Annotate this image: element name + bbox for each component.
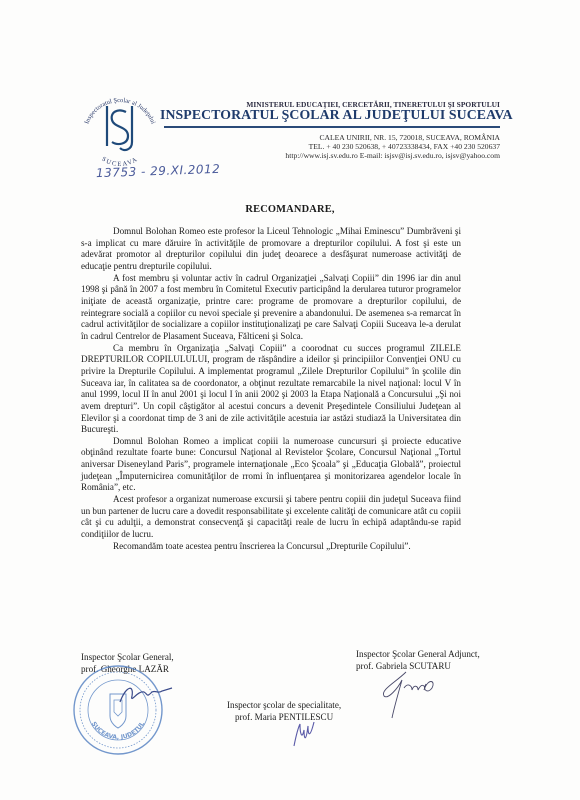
web-email-line: http://www.isj.sv.edu.ro E-mail: isjsv@i… bbox=[200, 151, 500, 160]
institution-name: INSPECTORATUL ŞCOLAR AL JUDEŢULUI SUCEAV… bbox=[160, 107, 500, 123]
signer-role: Inspector Şcolar General, bbox=[81, 652, 174, 664]
signer-role: Inspector Şcolar General Adjunct, bbox=[356, 649, 480, 661]
letterhead-divider bbox=[164, 126, 500, 128]
body-paragraph: Domnul Bolohan Romeo este profesor la Li… bbox=[81, 226, 461, 273]
body-paragraph: Recomandăm toate acestea pentru înscrier… bbox=[81, 541, 461, 553]
isj-logo-icon: Inspectoratul Şcolar al Judeţului SUCEAV… bbox=[74, 92, 166, 174]
svg-text:SUCEAVA, JUDEŢUL: SUCEAVA, JUDEŢUL bbox=[90, 721, 146, 742]
signature-scribble-pentilescu bbox=[290, 718, 320, 748]
official-stamp-icon: SUCEAVA, JUDEŢUL bbox=[72, 664, 164, 756]
body-paragraph: A fost membru şi voluntar activ în cadru… bbox=[81, 273, 461, 343]
signer-name: prof. Maria PENTILESCU bbox=[227, 712, 341, 724]
document-title: RECOMANDARE, bbox=[0, 204, 580, 215]
document-body: Domnul Bolohan Romeo este profesor la Li… bbox=[81, 226, 461, 552]
signature-scribble-lazar bbox=[118, 682, 174, 706]
body-paragraph: Domnul Bolohan Romeo a implicat copiii l… bbox=[81, 436, 461, 494]
signature-block-specialty-inspector: Inspector şcolar de specialitate, prof. … bbox=[227, 700, 341, 723]
signature-scribble-scutaru bbox=[376, 668, 440, 720]
body-paragraph: Ca membru în Organizaţia „Salvaţi Copiii… bbox=[81, 343, 461, 436]
signer-role: Inspector şcolar de specialitate, bbox=[227, 700, 341, 712]
address-line: CALEA UNIRII, NR. 15, 720018, SUCEAVA, R… bbox=[200, 133, 500, 142]
recommendation-letter-page: Inspectoratul Şcolar al Judeţului SUCEAV… bbox=[0, 0, 580, 800]
body-paragraph: Acest profesor a organizat numeroase exc… bbox=[81, 494, 461, 541]
phone-line: TEL. + 40 230 520638, + 40723338434, FAX… bbox=[200, 142, 500, 151]
registration-number-handwritten: 13753 - 29.XI.2012 bbox=[96, 162, 221, 180]
